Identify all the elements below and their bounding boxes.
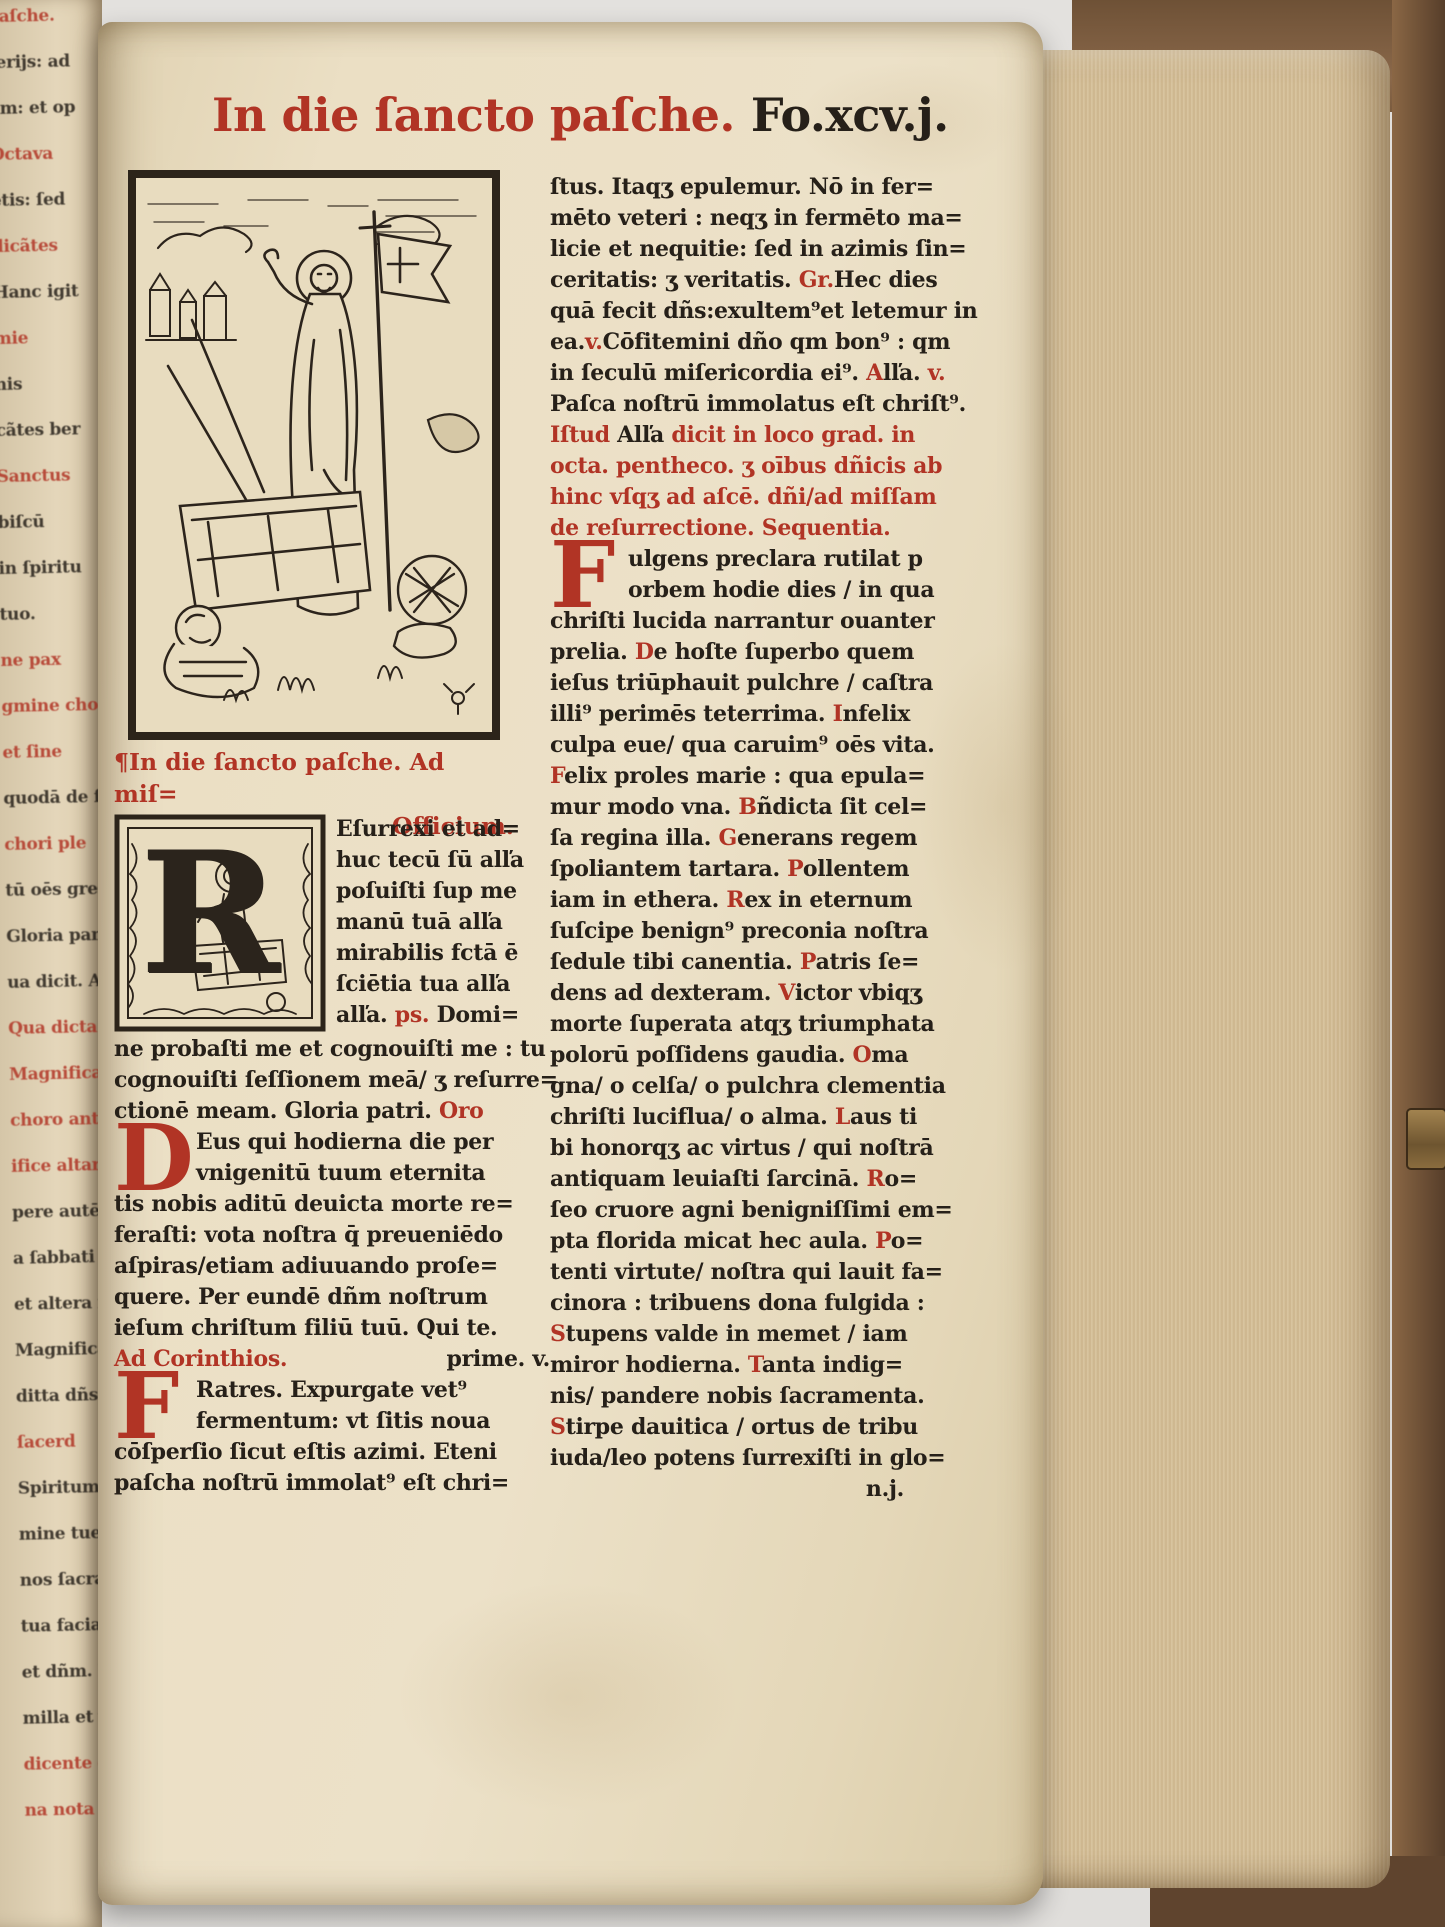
collect-paragraph: D Eus qui hodierna die pervnigenitū tuum… [114,1127,550,1344]
text-line: cognouiſti ſeſſionem meā/ ʒ reſurre= [114,1065,550,1096]
epistle-paragraph: F Ratres. Expurgate vet⁹fermentum: vt ſi… [114,1375,550,1499]
text-line: iuda/leo potens ſurrexiſti in glo= [550,1443,1002,1474]
margin-fragment: mie [0,327,90,375]
margin-fragment: gmine cho [1,695,98,743]
text-line: bi honorqʒ ac virtus / qui noſtrā [550,1133,1002,1164]
text-line: ieſum chriſtum filiū tuū. Qui te. [114,1313,550,1344]
text-line: Felix proles marie : qua epula= [550,761,1002,792]
text-line: ne probaſti me et cognouiſti me : tu [114,1034,550,1065]
facing-page-edge: paſche.terijs: adam: et opOctavaetis: ſe… [0,0,102,1927]
margin-fragment: tuo. [0,603,96,651]
text-line: chriſti luciflua/ o alma. Laus ti [550,1102,1002,1133]
text-line: nis/ pandere nobis ſacramenta. [550,1381,1002,1412]
folio-number: Fo.xcv.j. [751,88,949,142]
margin-fragment: cãtes ber [0,419,92,467]
margin-fragment: ne pax [0,649,97,697]
text-line: ſeo cruore agni benigniſſimi em= [550,1195,1002,1226]
wood-board-right-edge [1392,0,1445,1927]
epistle-heading-right: prime. v. [447,1344,550,1375]
text-line: gna/ o celſa/ o pulchra clementia [550,1071,1002,1102]
book-clasp [1406,1108,1445,1170]
resurrection-woodcut [128,170,500,740]
text-line: in ſeculū miſericordia ei⁹. Alľa. v. [550,358,1002,389]
margin-fragment: tū oēs gres [5,879,102,927]
text-line: ſuſcipe benign⁹ preconia noſtra [550,916,1002,947]
text-line: dens ad dexteram. Victor vbiqʒ [550,978,1002,1009]
text-line: quere. Per eundē dñm noſtrum [114,1282,550,1313]
right-column: ſtus. Itaqʒ epulemur. Nō in fer=mēto vet… [550,172,1002,1505]
text-line: ſpoliantem tartara. Pollentem [550,854,1002,885]
text-line: octa. pentheco. ʒ oībus dñicis ab [550,451,1002,482]
margin-fragment: et dñm. In vram [21,1661,102,1709]
book-fore-edge-pages [1028,50,1390,1888]
margin-fragment: Sanctus [0,465,93,513]
text-line: antiquam leuiaſti ſarcinā. Ro= [550,1164,1002,1195]
margin-fragment: ifice altare [11,1155,102,1203]
introit-paragraph: R Eſurrexi et ad=huc tecū ſū alľapoſuiſt… [114,814,550,1034]
quire-signature: n.j. [550,1474,1002,1505]
initial-letter-F-sequence: F [550,544,620,606]
margin-fragment: Qua dicta [8,1017,102,1065]
text-line: paſcha noſtrū immolat⁹ eſt chri= [114,1468,550,1499]
book-photo: paſche.terijs: adam: et opOctavaetis: ſe… [0,0,1445,1927]
text-line: pta florida micat hec aula. Po= [550,1226,1002,1257]
text-line: chriſti lucida narrantur ouanter [550,606,1002,637]
margin-fragment: dicãtes [0,235,89,283]
text-line: feraſti: vota noſtra q̄ preueniēdo [114,1220,550,1251]
sequence-paragraph: F ulgens preclara rutilat porbem hodie d… [550,544,1002,606]
text-line: mur modo vna. Bñdicta ſit cel= [550,792,1002,823]
initial-R-woodcut: R [114,814,326,1032]
initial-letter-R: R [140,804,279,1022]
initial-letter-D: D [114,1127,188,1189]
marginal-text-fragments: paſche.terijs: adam: et opOctavaetis: ſe… [0,0,102,1847]
text-line: illi⁹ perimēs teterrima. Infelix [550,699,1002,730]
margin-fragment: et altera maria vide [14,1293,102,1341]
margin-fragment: etis: ſed [0,189,88,237]
margin-fragment: tua facias para [21,1615,102,1663]
text-line: ſtus. Itaqʒ epulemur. Nō in fer= [550,172,1002,203]
margin-fragment: am: et op [0,97,86,145]
text-line: ſedule tibi canentia. Patris ſe= [550,947,1002,978]
margin-fragment: Spiritum nobis [18,1477,102,1525]
text-line: ea.v.Cōfitemini dño qm bon⁹ : qm [550,327,1002,358]
running-title-text: In die ſancto paſche. [212,88,735,142]
text-line: tenti virtute/ noſtra qui lauit fa= [550,1257,1002,1288]
margin-fragment: nis [0,373,91,421]
text-line: aſpiras/etiam adiuuando proſe= [114,1251,550,1282]
margin-fragment: chori ple [4,833,101,881]
margin-fragment: Octava [0,143,87,191]
margin-fragment: milla et veſpere [22,1707,102,1755]
margin-fragment: ua dicit. Alla [7,971,102,1019]
text-line: morte ſuperata atqʒ triumphata [550,1009,1002,1040]
margin-fragment: na nota de Alla [24,1799,102,1847]
initial-letter-F: F [114,1375,188,1437]
text-line: miror hodierna. Tanta indig= [550,1350,1002,1381]
text-line: ſa regina illa. Generans regem [550,823,1002,854]
margin-fragment: choro ante [10,1109,102,1157]
text-line: hinc vſqʒ ad aſcē. dñi/ad miſſam [550,482,1002,513]
text-line: Paſca noſtrū immolatus eſt chriſt⁹. [550,389,1002,420]
text-line: iam in ethera. Rex in eternum [550,885,1002,916]
margin-fragment: in ſpiritu [0,557,95,605]
text-line: prelia. De hoſte ſuperbo quem [550,637,1002,668]
text-line: Iſtud Alľa dicit in loco grad. in [550,420,1002,451]
margin-fragment: ſacerd [17,1431,102,1479]
margin-fragment: Magnificat [9,1063,102,1111]
margin-fragment: mine tue carram [19,1523,102,1571]
text-line: cinora : tribuens dona fulgida : [550,1288,1002,1319]
text-line: ceritatis: ʒ veritatis. Gr.Hec dies [550,265,1002,296]
text-line: mēto veteri : neqʒ in fermēto ma= [550,203,1002,234]
left-column: R Eſurrexi et ad=huc tecū ſū alľapoſuiſt… [114,814,550,1499]
margin-fragment: a ſabbati [13,1247,102,1295]
missal-page: In die ſancto paſche.Fo.xcv.j. [98,22,1043,1905]
margin-fragment: terijs: ad [0,51,85,99]
text-line: cōſperſio ſicut eſtis azimi. Eteni [114,1437,550,1468]
margin-fragment: quodā de ſup [3,787,100,835]
margin-fragment: nos ſacramis [20,1569,102,1617]
text-line: Stirpe dauitica / ortus de tribu [550,1412,1002,1443]
margin-fragment: dicente diaco [23,1753,102,1801]
text-line: Stupens valde in memet / iam [550,1319,1002,1350]
running-title: In die ſancto paſche.Fo.xcv.j. [212,88,992,142]
text-line: culpa eue/ qua caruim⁹ oēs vita. [550,730,1002,761]
margin-fragment: Hanc igit [0,281,90,329]
caption-line1: ¶In die ſancto paſche. Ad miſ= [114,746,514,810]
text-line: quā fecit dñs:exultem⁹et letemur in [550,296,1002,327]
text-line: de reſurrectione. Sequentia. [550,513,1002,544]
paper-stain [398,1582,738,1812]
margin-fragment: paſche. [0,5,84,53]
epistle-heading: Ad Corinthios. prime. v. [114,1344,550,1375]
margin-fragment: Magnificat [15,1339,102,1387]
margin-fragment: Gloria pam. [6,925,102,973]
margin-fragment: biſcū [0,511,94,559]
margin-fragment: pere autē ſabbati [12,1201,102,1249]
text-line: licie et nequitie: ſed in azimis ſin= [550,234,1002,265]
margin-fragment: ditta dñs do [16,1385,102,1433]
text-line: polorū poſſidens gaudia. Oma [550,1040,1002,1071]
text-line: ieſus triūphauit pulchre / caſtra [550,668,1002,699]
margin-fragment: et ſine [2,741,99,789]
